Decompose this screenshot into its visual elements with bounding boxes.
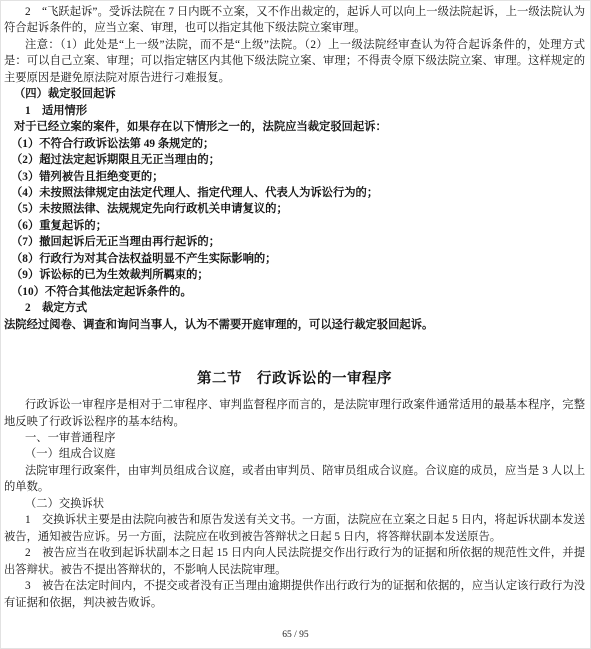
list-item: （10）不符合其他法定起诉条件的。	[4, 284, 585, 300]
paragraph-caiding-fangshi-body: 法院经过阅卷、调查和询问当事人，认为不需要开庭审理的，可以迳行裁定驳回起诉。	[4, 317, 585, 333]
list-item: （2）超过法定起诉期限且无正当理由的；	[4, 152, 585, 168]
document-page: 2 “飞跃起诉”。受诉法院在 7 日内既不立案，又不作出裁定的，起诉人可以向上一…	[0, 0, 591, 649]
paragraph-list-intro: 对于已经立案的案件，如果存在以下情形之一的，法院应当裁定驳回起诉：	[4, 119, 585, 135]
list-item: （6）重复起诉的；	[4, 218, 585, 234]
subheading-yishen-putong-chengxu: 一、一审普通程序	[4, 430, 585, 446]
paragraph-heyiting-body: 法院审理行政案件，由审判员组成合议庭，或者由审判员、陪审员组成合议庭。合议庭的成…	[4, 463, 585, 496]
paragraph-jiaohuan-1: 1 交换诉状主要是由法院向被告和原告发送有关文书。一方面，法院应在立案之日起 5…	[4, 512, 585, 545]
list-item: （4）未按照法律规定由法定代理人、指定代理人、代表人为诉讼行为的；	[4, 185, 585, 201]
list-item: （7）撤回起诉后无正当理由再行起诉的；	[4, 234, 585, 250]
subheading-caiding-fangshi: 2 裁定方式	[4, 300, 585, 316]
document-body: 2 “飞跃起诉”。受诉法院在 7 日内既不立案，又不作出裁定的，起诉人可以向上一…	[1, 1, 590, 611]
subheading-jiaohuan-susong: （二）交换诉状	[4, 496, 585, 512]
list-item: （5）未按照法律、法规规定先向行政机关申请复议的；	[4, 201, 585, 217]
subheading-shiyong-qingxing: 1 适用情形	[4, 103, 585, 119]
paragraph-jiaohuan-2: 2 被告应当在收到起诉状副本之日起 15 日内向人民法院提交作出行政行为的证据和…	[4, 545, 585, 578]
list-item: （1）不符合行政诉讼法第 49 条规定的；	[4, 136, 585, 152]
list-item: （9）诉讼标的已为生效裁判所羁束的；	[4, 267, 585, 283]
paragraph-section-intro: 行政诉讼一审程序是相对于二审程序、审判监督程序而言的，是法院审理行政案件通常适用…	[4, 397, 585, 430]
page-number: 65 / 95	[1, 630, 590, 640]
subheading-caiding-bohui-qisu: （四）裁定驳回起诉	[4, 86, 585, 102]
subheading-zucheng-heyiting: （一）组成合议庭	[4, 446, 585, 462]
list-item: （8）行政行为对其合法权益明显不产生实际影响的；	[4, 251, 585, 267]
paragraph-feiyue-qisu: 2 “飞跃起诉”。受诉法院在 7 日内既不立案，又不作出裁定的，起诉人可以向上一…	[4, 4, 585, 37]
paragraph-jiaohuan-3: 3 被告在法定时间内，不提交或者没有正当理由逾期提供作出行政行为的证据和依据的，…	[4, 578, 585, 611]
paragraph-zhuyi-note: 注意：（1）此处是“上一级”法院，而不是“上级”法院。（2）上一级法院经审查认为…	[4, 37, 585, 86]
list-item: （3）错列被告且拒绝变更的；	[4, 169, 585, 185]
section-title: 第二节 行政诉讼的一审程序	[4, 369, 585, 389]
